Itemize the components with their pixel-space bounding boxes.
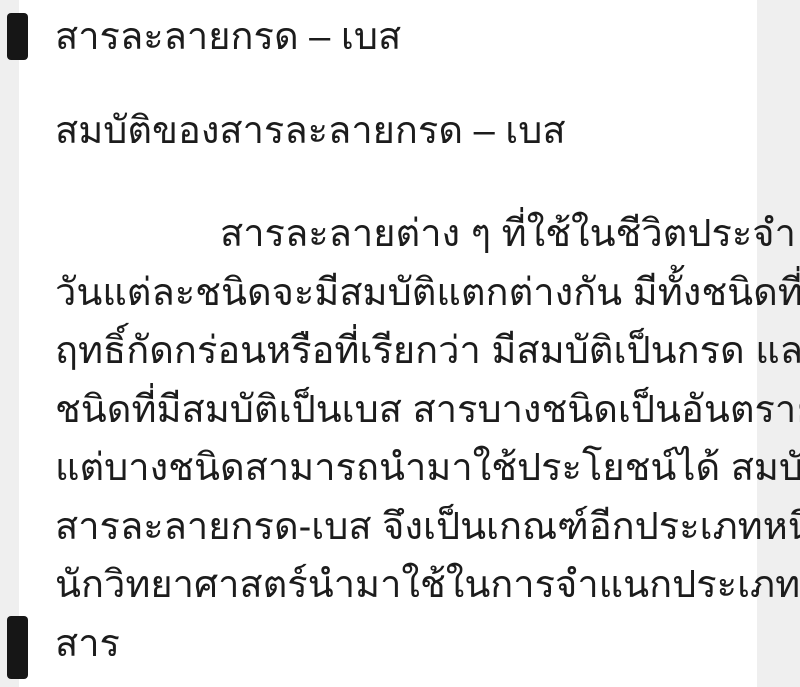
paragraph-line: สาร (55, 615, 737, 674)
paragraph-line: วันแต่ละชนิดจะมีสมบัติแตกต่างกัน มีทั้งช… (55, 264, 737, 323)
left-edge-artifact-bottom (7, 616, 28, 679)
document-title: สารละลายกรด – เบส (55, 12, 401, 62)
document-subtitle: สมบัติของสารละลายกรด – เบส (55, 106, 566, 156)
document-paragraph: สารละลายต่าง ๆ ที่ใช้ในชีวิตประจำ วันแต่… (55, 205, 737, 673)
paragraph-line: นักวิทยาศาสตร์นำมาใช้ในการจำแนกประเภทของ (55, 556, 737, 615)
paragraph-line: สารละลายต่าง ๆ ที่ใช้ในชีวิตประจำ (55, 205, 737, 264)
paragraph-line: สารละลายกรด-เบส จึงเป็นเกณฑ์อีกประเภทหนึ… (55, 498, 737, 557)
paragraph-line: ชนิดที่มีสมบัติเป็นเบส สารบางชนิดเป็นอัน… (55, 381, 737, 440)
left-gutter (0, 0, 19, 687)
document-page: สารละลายกรด – เบส สมบัติของสารละลายกรด –… (0, 0, 800, 687)
paragraph-line: แต่บางชนิดสามารถนำมาใช้ประโยชน์ได้ สมบัต… (55, 439, 737, 498)
paragraph-line: ฤทธิ์กัดกร่อนหรือที่เรียกว่า มีสมบัติเป็… (55, 322, 737, 381)
left-edge-artifact-top (7, 13, 28, 60)
